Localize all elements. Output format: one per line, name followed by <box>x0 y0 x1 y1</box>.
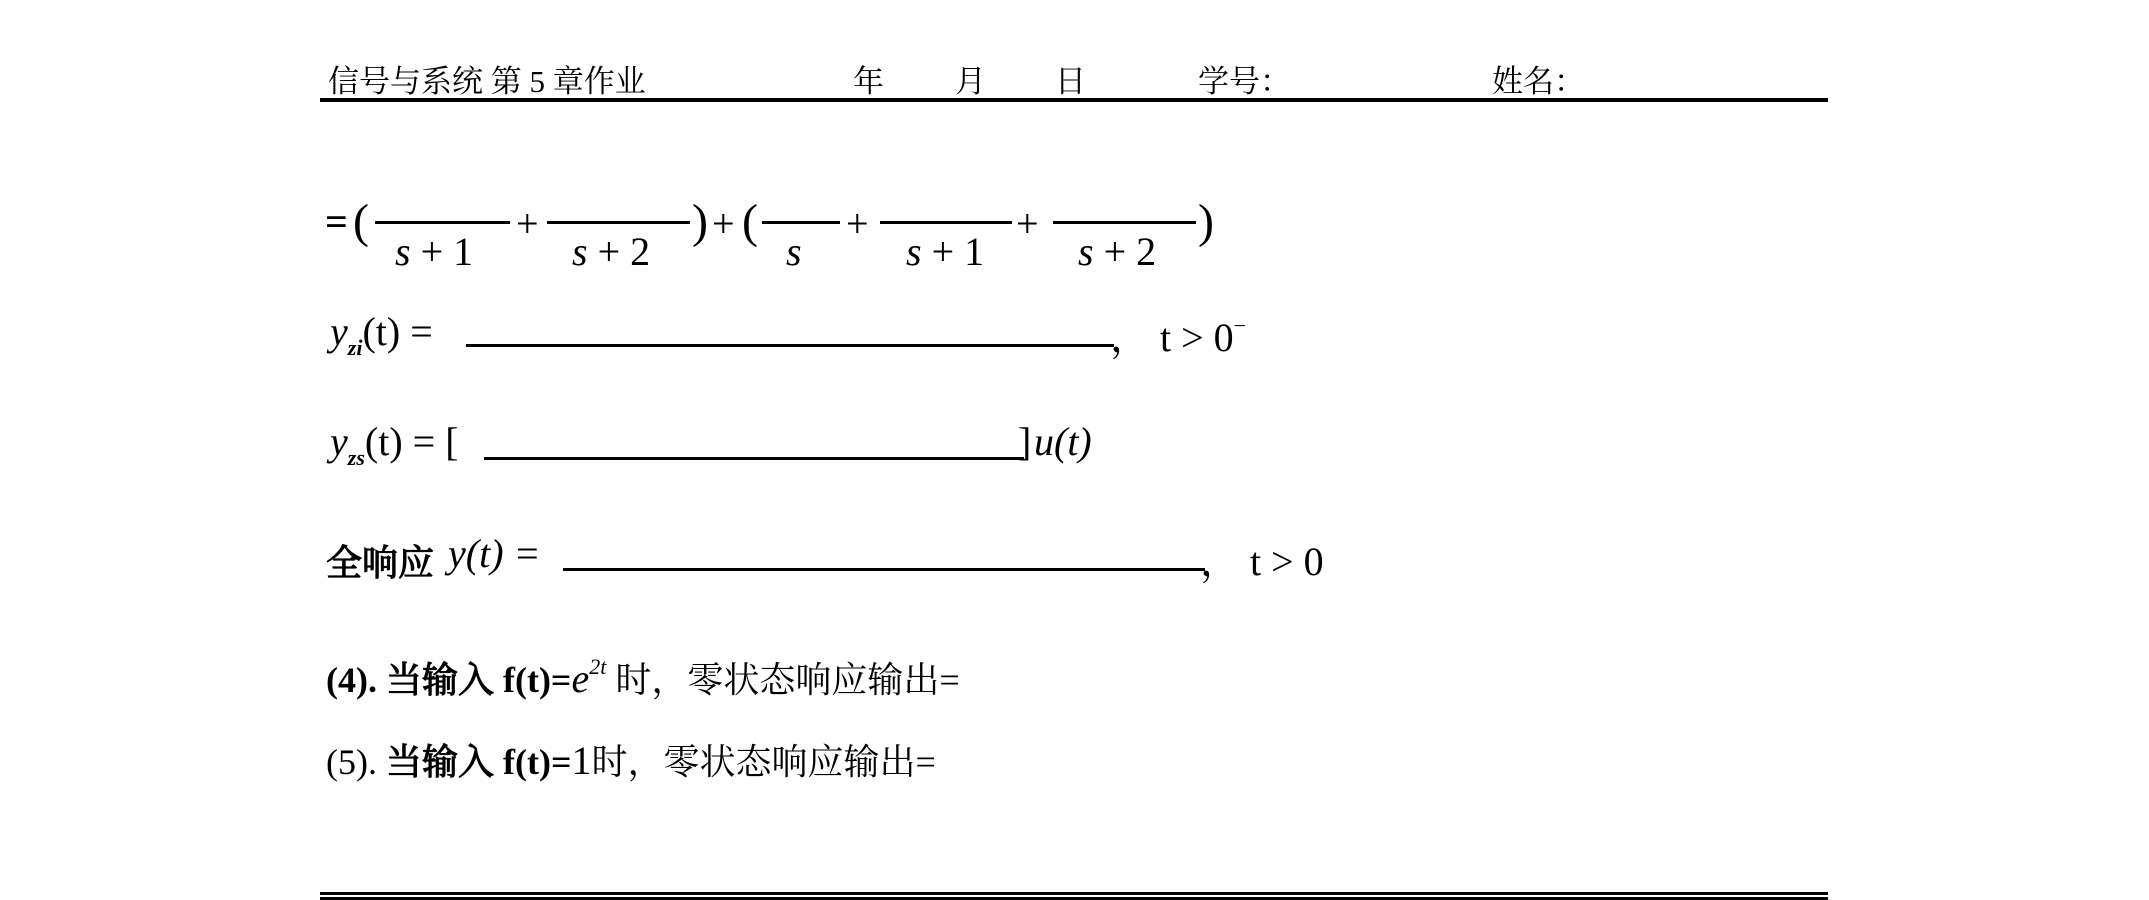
full-response-expr: y(t) = <box>448 530 541 577</box>
left-paren: ( <box>742 194 758 249</box>
header-rule <box>320 98 1828 102</box>
denominator-1: s + 1 <box>395 228 473 275</box>
fraction-bar-5 <box>1053 221 1196 224</box>
left-paren: ( <box>353 194 369 249</box>
plus-sign: + <box>712 200 735 247</box>
yzi-condition: ， t > 0− <box>1110 306 1246 363</box>
yzi-answer-blank[interactable] <box>466 344 1114 347</box>
yzs-close-bracket: ] <box>1018 418 1031 465</box>
year-label: 年 <box>853 56 884 101</box>
equals-sign: = <box>325 198 348 245</box>
full-response-condition: ， t > 0 <box>1200 530 1324 587</box>
question-4: (4). 当输入 f(t)=e2t 时，零状态响应输出= <box>326 652 960 703</box>
yzs-label: yzs(t) = [ <box>330 418 459 465</box>
fraction-bar-1 <box>375 221 510 224</box>
question-5: (5). 当输入 f(t)=1时，零状态响应输出= <box>326 734 936 785</box>
full-response-answer-blank[interactable] <box>563 568 1205 571</box>
day-label: 日 <box>1055 56 1086 101</box>
denominator-2: s + 2 <box>572 228 650 275</box>
plus-sign: + <box>846 200 869 247</box>
right-paren: ) <box>1198 194 1214 249</box>
fraction-bar-2 <box>547 221 690 224</box>
denominator-5: s + 2 <box>1078 228 1156 275</box>
yzi-label: yzi(t) = <box>330 308 433 355</box>
denominator-3: s <box>786 228 802 275</box>
student-id-label: 学号： <box>1198 56 1291 101</box>
assignment-title: 信号与系统 第 5 章作业 <box>328 56 646 101</box>
fraction-bar-4 <box>880 221 1012 224</box>
name-label: 姓名： <box>1492 56 1585 101</box>
plus-sign: + <box>516 200 539 247</box>
fraction-bar-3 <box>762 221 840 224</box>
right-paren: ) <box>692 194 708 249</box>
unit-step: u(t) <box>1034 418 1092 465</box>
full-response-label: 全响应 <box>326 535 434 586</box>
footer-rule-upper <box>320 892 1828 895</box>
month-label: 月 <box>955 56 986 101</box>
yzs-answer-blank[interactable] <box>484 457 1024 460</box>
denominator-4: s + 1 <box>906 228 984 275</box>
plus-sign: + <box>1016 200 1039 247</box>
